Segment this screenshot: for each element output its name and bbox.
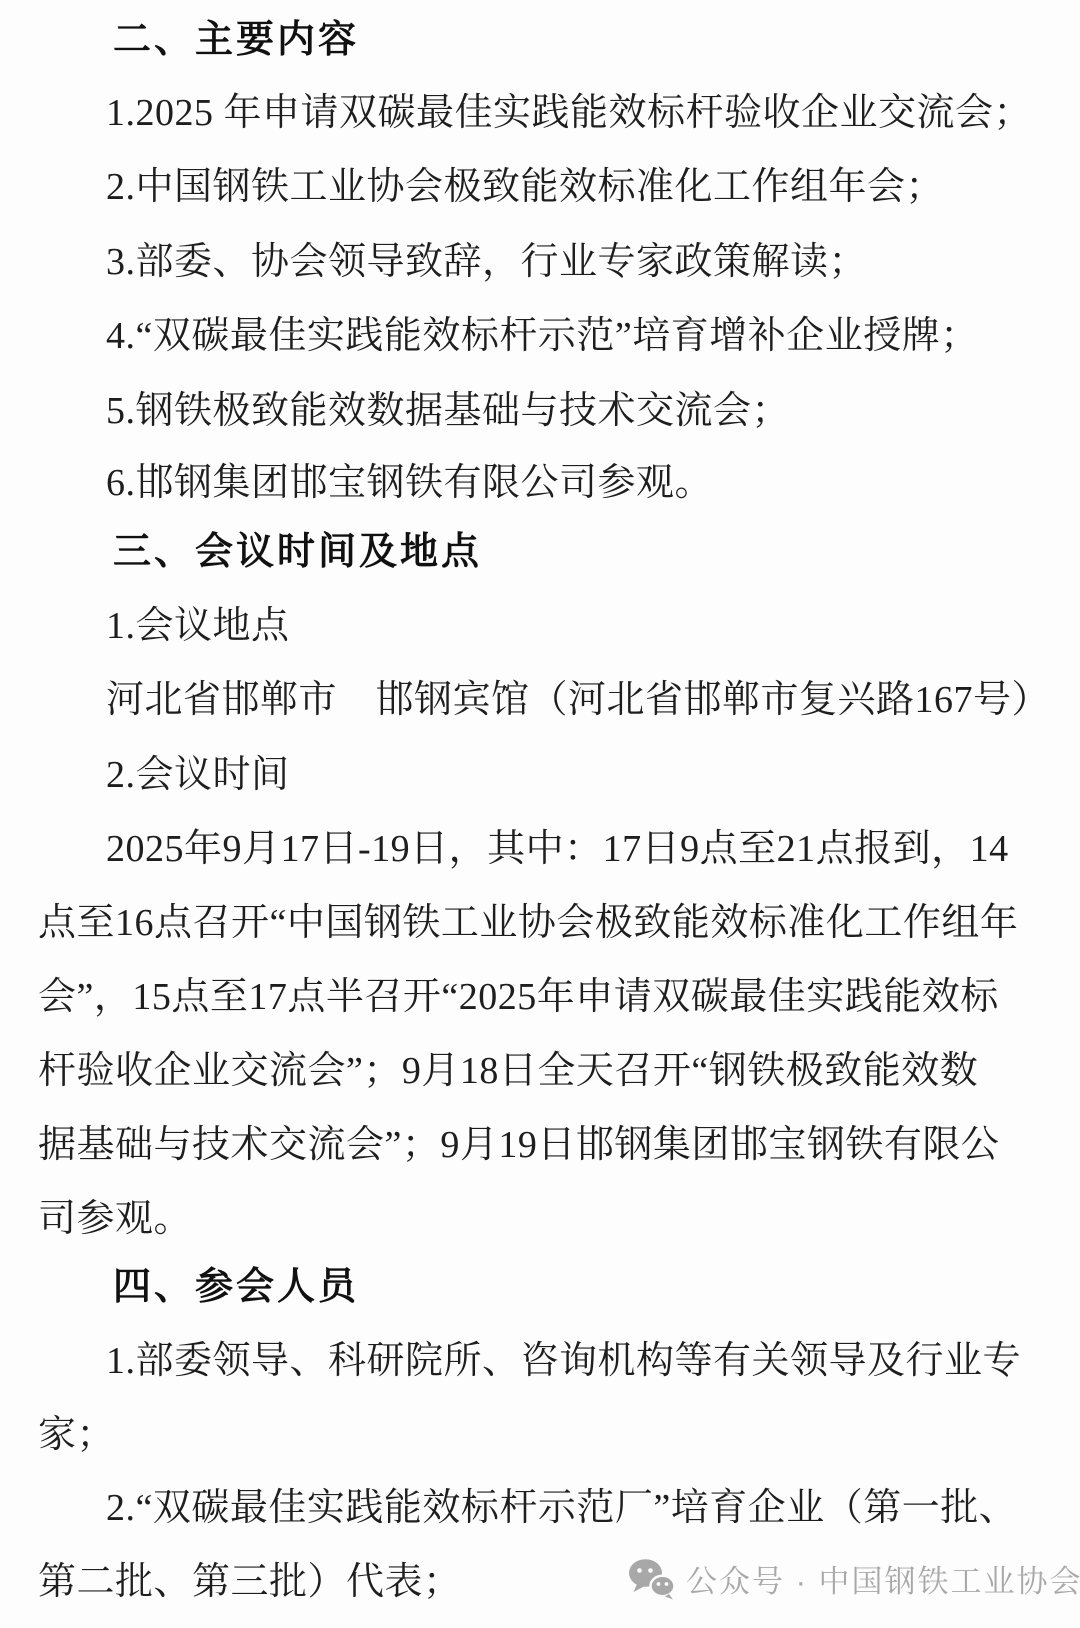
list-item: 3.部委、协会领导致辞，行业专家政策解读； xyxy=(106,238,867,286)
watermark-label: 公众号 · 中国钢铁工业协会 xyxy=(686,1556,1080,1601)
body-line: 杆验收企业交流会”；9月18日全天召开“钢铁极致能效数 xyxy=(38,1047,978,1095)
section-heading-main-content: 二、主要内容 xyxy=(113,16,359,64)
body-line: 点至16点召开“中国钢铁工业协会极致能效标准化工作组年 xyxy=(38,899,1018,947)
meeting-address-line: 河北省邯郸市 邯钢宾馆（河北省邯郸市复兴路167号） xyxy=(106,676,1050,724)
body-line: 会”，15点至17点半召开“2025年申请双碳最佳实践能效标 xyxy=(38,973,999,1021)
watermark: 公众号 · 中国钢铁工业协会 xyxy=(628,1556,1080,1601)
list-item: 5.钢铁极致能效数据基础与技术交流会； xyxy=(106,387,790,435)
body-line: 据基础与技术交流会”；9月19日邯钢集团邯宝钢铁有限公 xyxy=(38,1121,999,1169)
section-heading-time-place: 三、会议时间及地点 xyxy=(113,528,482,576)
document-page: 二、主要内容 1.2025 年申请双碳最佳实践能效标杆验收企业交流会； 2.中国… xyxy=(0,0,1080,1628)
section-heading-participants: 四、参会人员 xyxy=(113,1263,359,1311)
list-item: 2.中国钢铁工业协会极致能效标准化工作组年会； xyxy=(106,163,944,211)
list-item: 6.邯钢集团邯宝钢铁有限公司参观。 xyxy=(106,459,713,507)
list-item: 2.“双碳最佳实践能效标杆示范厂”培育企业（第一批、 xyxy=(106,1484,1017,1532)
list-item: 1.会议地点 xyxy=(106,602,290,650)
wechat-icon xyxy=(628,1558,676,1600)
list-item: 2.会议时间 xyxy=(106,751,290,799)
body-line: 2025年9月17日-19日，其中：17日9点至21点报到，14 xyxy=(106,825,1009,873)
list-item: 1.部委领导、科研院所、咨询机构等有关领导及行业专 xyxy=(106,1337,1021,1385)
body-line: 第二批、第三批）代表； xyxy=(38,1558,462,1606)
body-line: 家； xyxy=(38,1411,115,1459)
list-item: 4.“双碳最佳实践能效标杆示范”培育增补企业授牌； xyxy=(106,312,979,360)
list-item: 1.2025 年申请双碳最佳实践能效标杆验收企业交流会； xyxy=(106,89,1032,137)
body-line: 司参观。 xyxy=(38,1195,192,1243)
